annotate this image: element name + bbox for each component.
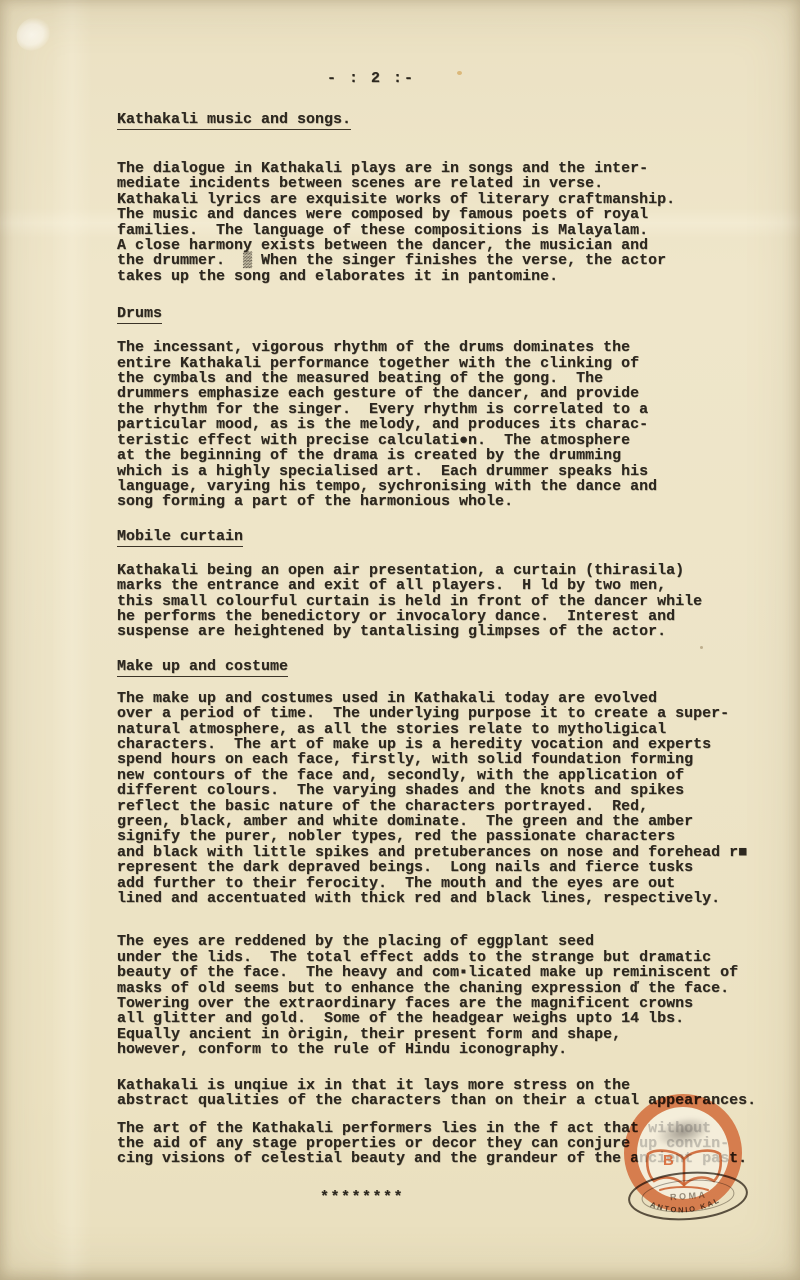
paragraph-mobile-curtain: Kathakali being an open air presentation… <box>117 563 785 640</box>
paragraph-eyes-and-crowns: The eyes are reddened by the placing of … <box>117 934 785 1057</box>
stamp-city-text: ROMA <box>670 1190 708 1203</box>
oval-stamp: ROMA ANTONIO KAL <box>622 1168 754 1226</box>
paragraph-drums: The incessant, vigorous rhythm of the dr… <box>117 340 785 509</box>
typed-text-block: Kathakali music and songs. The dialogue … <box>117 112 785 1206</box>
section-heading-drums: Drums <box>117 306 785 324</box>
paper-speck <box>457 71 462 75</box>
section-heading-mobile-curtain: Mobile curtain <box>117 529 785 547</box>
paragraph-makeup-colours: The make up and costumes used in Kathaka… <box>117 691 785 907</box>
section-heading-make-up-and-costume: Make up and costume <box>117 659 785 677</box>
paper-fold-band-vertical <box>52 0 92 1280</box>
scanned-typewritten-page: { "doc": { "page_number": "- : 2 :-", "s… <box>0 0 800 1280</box>
paragraph-dialogue: The dialogue in Kathakali plays are in s… <box>117 161 785 284</box>
page-number: - : 2 :- <box>327 70 415 87</box>
section-heading-music-and-songs: Kathakali music and songs. <box>117 112 785 130</box>
